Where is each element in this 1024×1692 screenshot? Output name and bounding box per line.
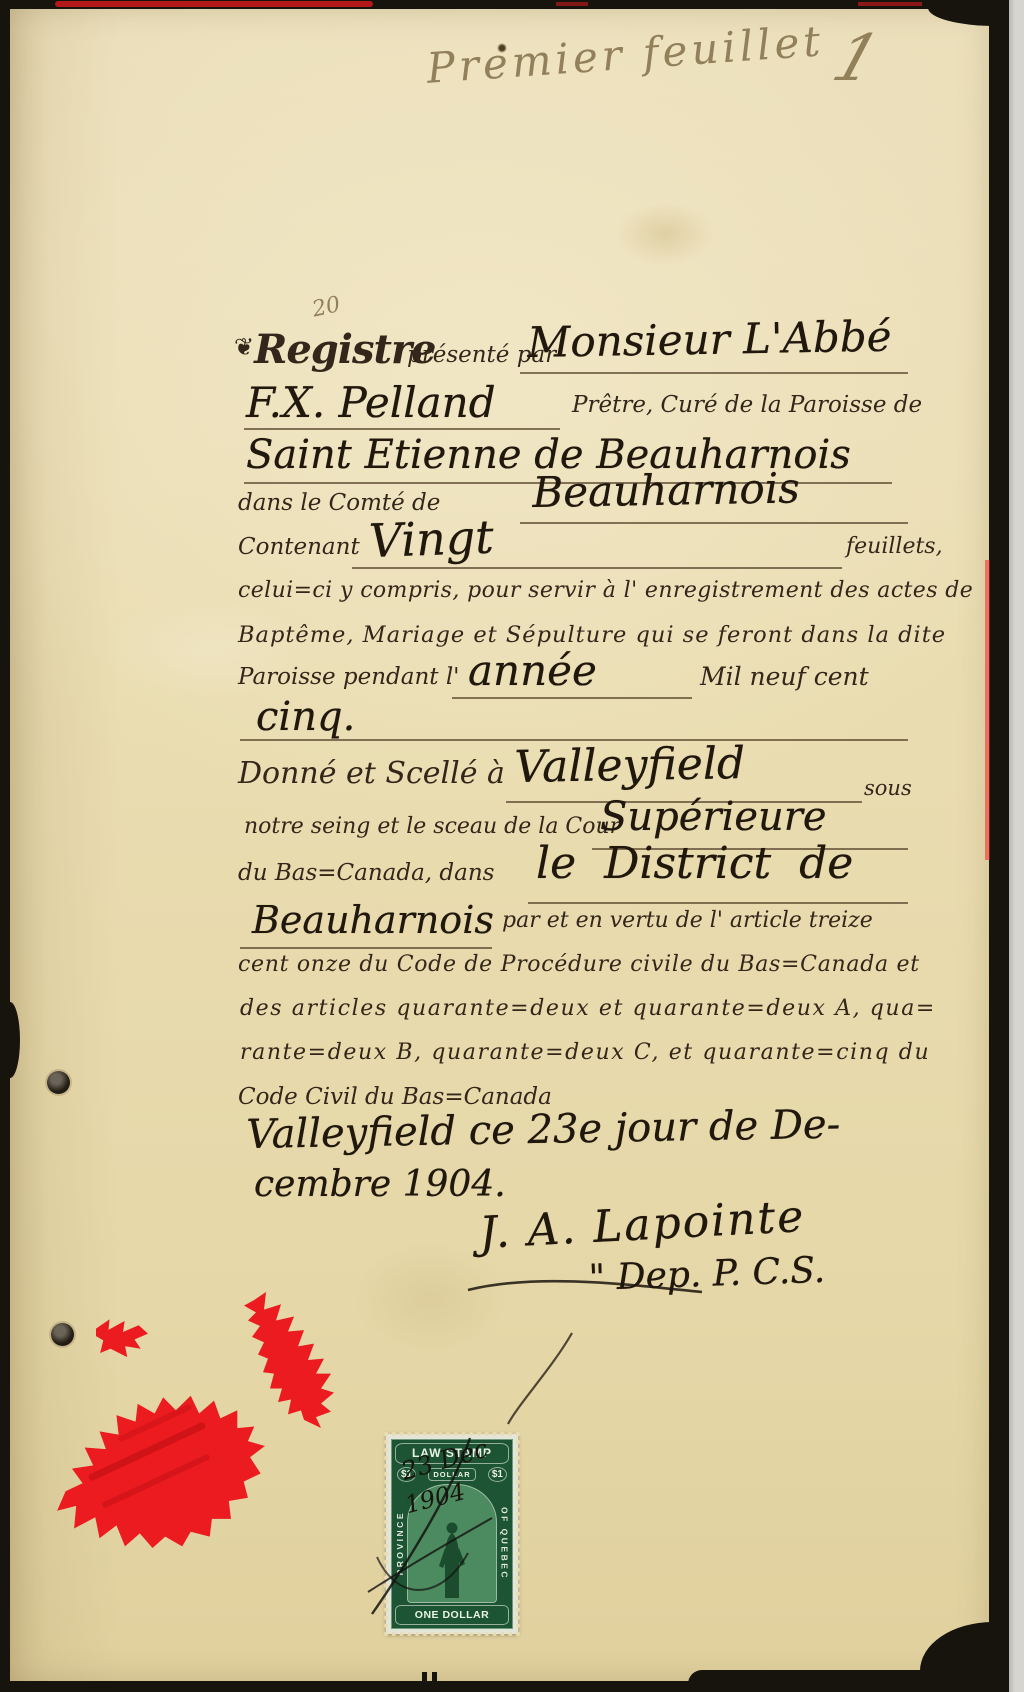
scanner-background-strip (1009, 0, 1024, 1692)
seal-line-label: notre seing et le sceau de la Cour (244, 814, 620, 839)
stamp-bottom-banner: ONE DOLLAR (395, 1605, 509, 1625)
year-printed: Mil neuf cent (700, 662, 869, 691)
register-scan-page: Premier feuillet 1 20 ❦Registre présenté… (0, 0, 1024, 1692)
form-rule (244, 428, 560, 430)
form-rule (452, 697, 692, 699)
article-line4: rante=deux B, quarante=deux C, et quaran… (240, 1040, 930, 1065)
form-rule (520, 372, 908, 374)
purpose-line2: Baptême, Mariage et Sépulture qui se fer… (238, 622, 946, 648)
punch-hole-top (47, 1071, 70, 1094)
county-value: Beauharnois (532, 463, 800, 517)
stamp-figure-icon (435, 1518, 469, 1602)
red-edge-sliver-right (985, 560, 990, 860)
red-edge-sliver-top2 (556, 2, 588, 6)
form-rule (520, 522, 908, 524)
district-intro-value: le District de (536, 838, 853, 889)
red-edge-sliver-top (55, 1, 373, 7)
containing-label: Contenant (238, 534, 360, 560)
form-rule (352, 567, 842, 569)
punch-hole-bottom (51, 1323, 74, 1346)
presented-by-value: Monsieur L'Abbé (527, 312, 892, 367)
article-line1: par et en vertu de l' article treize (502, 908, 873, 933)
article-line5: Code Civil du Bas=Canada (238, 1084, 552, 1110)
binding-notch-left (0, 1002, 20, 1078)
year-written: cinq. (256, 694, 355, 740)
district-value: Beauharnois (252, 898, 494, 942)
region-label: du Bas=Canada, dans (238, 860, 494, 886)
form-rule (528, 902, 908, 904)
purpose-line1: celui=ci y compris, pour servir à l' enr… (238, 578, 973, 603)
period-value: année (468, 646, 597, 695)
period-label: Paroisse pendant l' (238, 664, 460, 690)
red-edge-sliver-top3 (858, 2, 922, 6)
fleuron-icon: ❦ (234, 333, 254, 361)
court-value: Supérieure (600, 794, 827, 840)
register-title-group: ❦Registre (234, 326, 435, 373)
binding-tick-marks (422, 1672, 427, 1684)
given-sealed-label: Donné et Scellé à (238, 756, 505, 791)
leaves-label: feuillets, (846, 534, 943, 559)
binding-tick-marks (432, 1672, 437, 1684)
stamp-side-right: OF QUEBEC (500, 1507, 510, 1580)
article-line3: des articles quarante=deux et quarante=d… (240, 996, 936, 1021)
signature-title: " Dep. P. C.S. (588, 1250, 826, 1299)
under-label: sous (864, 776, 912, 800)
leaf-count-value: Vingt (368, 510, 494, 568)
dateline-line2: cembre 1904. (254, 1164, 506, 1205)
form-rule (240, 947, 492, 949)
priest-name: F.X. Pelland (246, 378, 496, 427)
priest-title: Prêtre, Curé de la Paroisse de (572, 392, 922, 418)
sealed-place-value: Valleyfield (514, 738, 745, 793)
stamp-side-left: PROVINCE (395, 1511, 405, 1575)
stamp-denomination-right: $1 (488, 1467, 507, 1482)
article-line2: cent onze du Code de Procédure civile du… (238, 952, 920, 977)
